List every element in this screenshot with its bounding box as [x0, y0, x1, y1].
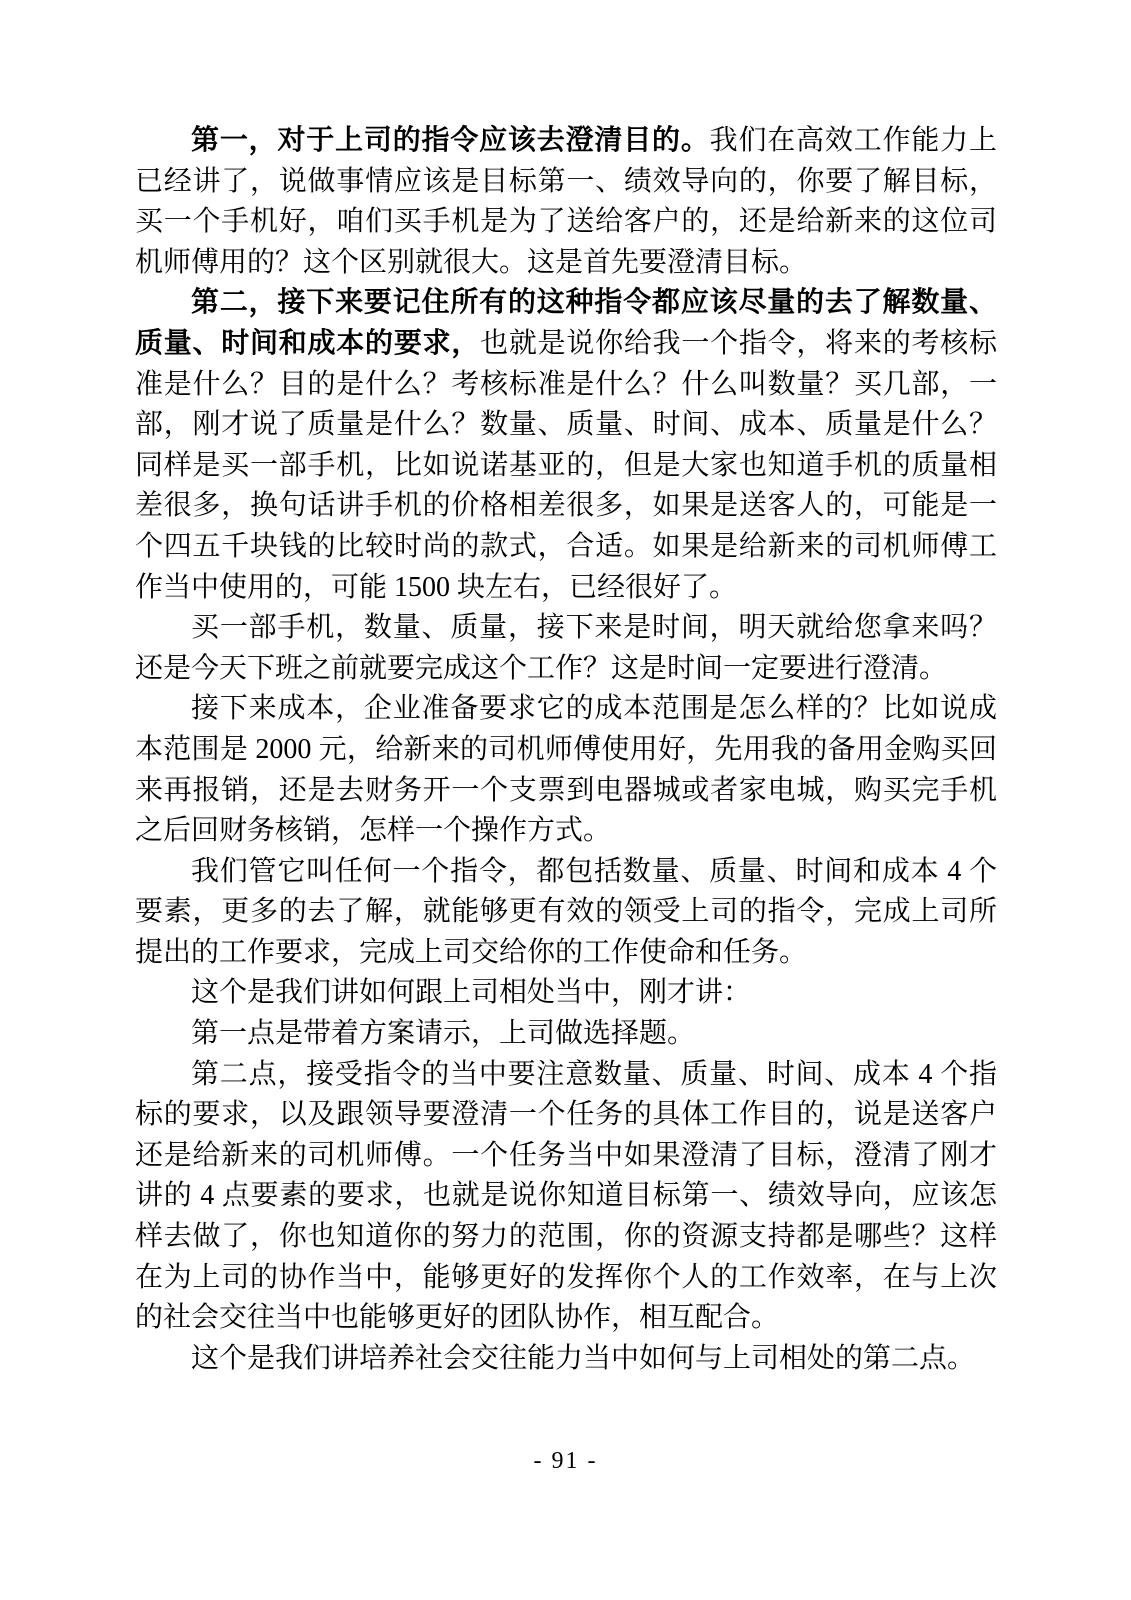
paragraph: 第二点，接受指令的当中要注意数量、质量、时间、成本 4 个指标的要求，以及跟领导…	[135, 1055, 997, 1339]
paragraph-text: 买一部手机，数量、质量，接下来是时间，明天就给您拿来吗？还是今天下班之前就要完成…	[135, 612, 997, 684]
paragraph: 这个是我们讲如何跟上司相处当中，刚才讲：	[135, 973, 997, 1014]
paragraph: 第一，对于上司的指令应该去澄清目的。我们在高效工作能力上已经讲了，说做事情应该是…	[135, 121, 997, 283]
paragraph: 接下来成本，企业准备要求它的成本范围是怎么样的？比如说成本范围是 2000 元，…	[135, 689, 997, 851]
page-number: - 91 -	[0, 1448, 1131, 1475]
paragraph: 第一点是带着方案请示，上司做选择题。	[135, 1014, 997, 1055]
paragraph-text: 接下来成本，企业准备要求它的成本范围是怎么样的？比如说成本范围是 2000 元，…	[135, 693, 997, 846]
page-content: 第一，对于上司的指令应该去澄清目的。我们在高效工作能力上已经讲了，说做事情应该是…	[135, 121, 997, 1379]
paragraph-text: 这个是我们讲培养社会交往能力当中如何与上司相处的第二点。	[191, 1343, 975, 1374]
document-page: 第一，对于上司的指令应该去澄清目的。我们在高效工作能力上已经讲了，说做事情应该是…	[0, 0, 1131, 1600]
paragraph-text: 第二点，接受指令的当中要注意数量、质量、时间、成本 4 个指标的要求，以及跟领导…	[135, 1059, 997, 1334]
paragraph-text: 这个是我们讲如何跟上司相处当中，刚才讲：	[191, 977, 751, 1008]
paragraph-text: 我们管它叫任何一个指令，都包括数量、质量、时间和成本 4 个要素，更多的去了解，…	[135, 856, 997, 968]
paragraph-text: 第一点是带着方案请示，上司做选择题。	[191, 1018, 695, 1049]
paragraph: 我们管它叫任何一个指令，都包括数量、质量、时间和成本 4 个要素，更多的去了解，…	[135, 852, 997, 974]
paragraph-bold-lead: 第一，对于上司的指令应该去澄清目的。	[191, 125, 710, 156]
paragraph: 第二，接下来要记住所有的这种指令都应该尽量的去了解数量、质量、时间和成本的要求，…	[135, 283, 997, 608]
paragraph: 买一部手机，数量、质量，接下来是时间，明天就给您拿来吗？还是今天下班之前就要完成…	[135, 608, 997, 689]
paragraph-text: 也就是说你给我一个指令，将来的考核标准是什么？目的是什么？考核标准是什么？什么叫…	[135, 328, 997, 603]
paragraph: 这个是我们讲培养社会交往能力当中如何与上司相处的第二点。	[135, 1339, 997, 1380]
